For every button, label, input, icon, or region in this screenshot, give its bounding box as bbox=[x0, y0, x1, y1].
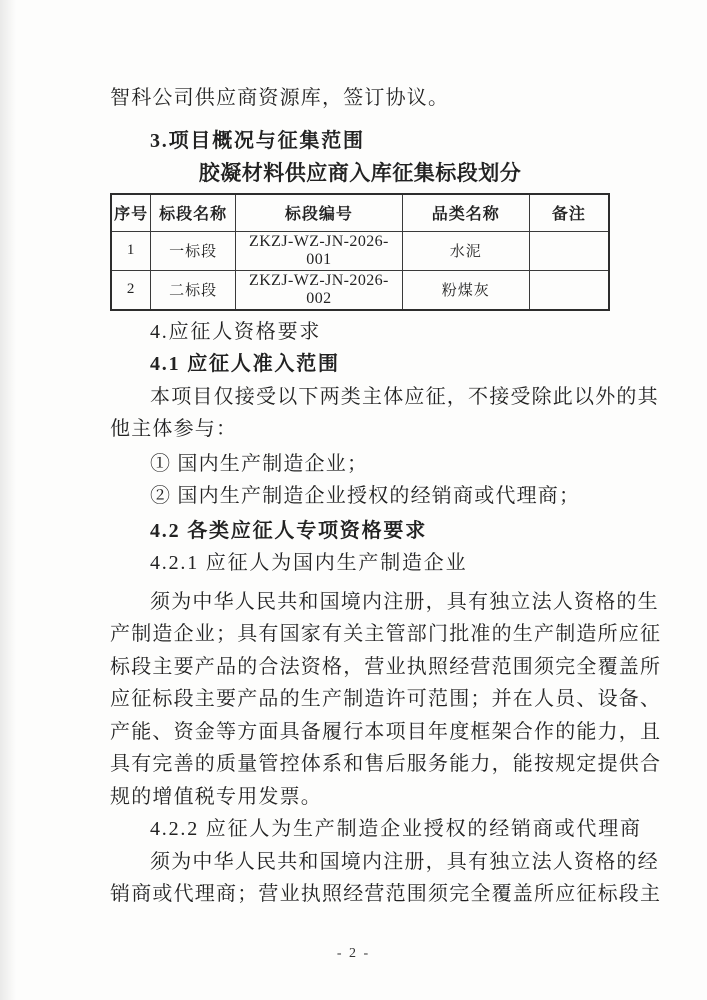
paragraph-line: 产制造企业；具有国家有关主管部门批准的生产制造所应征 bbox=[110, 618, 610, 651]
list-item: ① 国内生产制造企业； bbox=[110, 448, 610, 481]
bid-sections-table: 序号标段名称标段编号品类名称备注 1一标段ZKZJ-WZ-JN-2026-001… bbox=[110, 193, 610, 311]
section-4-1-heading: 4.1 应征人准入范围 bbox=[110, 348, 610, 381]
section-4-1-items: ① 国内生产制造企业；② 国内生产制造企业授权的经销商或代理商； bbox=[110, 448, 610, 513]
paragraph-line: 销商或代理商；营业执照经营范围须完全覆盖所应征标段主 bbox=[110, 878, 610, 911]
section-4-1-paragraph: 本项目仅接受以下两类主体应征，不接受除此以外的其他主体参与： bbox=[110, 381, 610, 446]
table-row: 2二标段ZKZJ-WZ-JN-2026-002粉煤灰 bbox=[111, 270, 609, 310]
table-cell bbox=[529, 231, 609, 270]
table-row: 1一标段ZKZJ-WZ-JN-2026-001水泥 bbox=[111, 231, 609, 270]
section-4-2-heading: 4.2 各类应征人专项资格要求 bbox=[110, 515, 610, 548]
paragraph-line: 产能、资金等方面具备履行本项目年度框架合作的能力，且 bbox=[110, 716, 610, 749]
section-4-2-1-paragraph: 须为中华人民共和国境内注册，具有独立法人资格的生产制造企业；具有国家有关主管部门… bbox=[110, 586, 610, 814]
table-cell: 二标段 bbox=[151, 270, 236, 310]
section-3-heading: 3.项目概况与征集范围 bbox=[110, 125, 610, 158]
section-4-2-2-heading: 4.2.2 应征人为生产制造企业授权的经销商或代理商 bbox=[110, 813, 610, 846]
document-page: 智科公司供应商资源库，签订协议。 3.项目概况与征集范围 胶凝材料供应商入库征集… bbox=[0, 0, 707, 1000]
table-cell: 一标段 bbox=[151, 231, 236, 270]
table-cell: 2 bbox=[111, 270, 151, 310]
table-cell: 粉煤灰 bbox=[402, 270, 529, 310]
table-header-cell: 标段编号 bbox=[235, 194, 402, 232]
table-cell bbox=[529, 270, 609, 310]
table-cell: ZKZJ-WZ-JN-2026-001 bbox=[235, 231, 402, 270]
page-number: - 2 - bbox=[0, 946, 707, 962]
paragraph-line: 他主体参与： bbox=[110, 413, 610, 446]
table-body: 1一标段ZKZJ-WZ-JN-2026-001水泥2二标段ZKZJ-WZ-JN-… bbox=[111, 231, 609, 310]
list-item: ② 国内生产制造企业授权的经销商或代理商； bbox=[110, 480, 610, 513]
table-header-row: 序号标段名称标段编号品类名称备注 bbox=[111, 194, 609, 232]
paragraph-line: 标段主要产品的合法资格，营业执照经营范围须完全覆盖所 bbox=[110, 651, 610, 684]
intro-continuation-line: 智科公司供应商资源库，签订协议。 bbox=[110, 82, 610, 115]
table-cell: 1 bbox=[111, 231, 151, 270]
table-header-cell: 品类名称 bbox=[402, 194, 529, 232]
section-4-2-1-heading: 4.2.1 应征人为国内生产制造企业 bbox=[110, 547, 610, 580]
paragraph-line: 本项目仅接受以下两类主体应征，不接受除此以外的其 bbox=[110, 381, 610, 414]
table-header-cell: 序号 bbox=[111, 194, 151, 232]
paragraph-line: 应征标段主要产品的生产制造许可范围；并在人员、设备、 bbox=[110, 683, 610, 716]
section-4-heading: 4.应征人资格要求 bbox=[110, 316, 610, 349]
document-content: 智科公司供应商资源库，签订协议。 3.项目概况与征集范围 胶凝材料供应商入库征集… bbox=[110, 0, 610, 911]
table-cell: 水泥 bbox=[402, 231, 529, 270]
paragraph-line: 须为中华人民共和国境内注册，具有独立法人资格的经 bbox=[110, 846, 610, 879]
table-header-cell: 备注 bbox=[529, 194, 609, 232]
table-title: 胶凝材料供应商入库征集标段划分 bbox=[110, 157, 610, 190]
paragraph-line: 规的增值税专用发票。 bbox=[110, 781, 610, 814]
table-header-cell: 标段名称 bbox=[151, 194, 236, 232]
paragraph-line: 须为中华人民共和国境内注册，具有独立法人资格的生 bbox=[110, 586, 610, 619]
paragraph-line: 具有完善的质量管控体系和售后服务能力，能按规定提供合 bbox=[110, 748, 610, 781]
section-4-2-2-paragraph: 须为中华人民共和国境内注册，具有独立法人资格的经销商或代理商；营业执照经营范围须… bbox=[110, 846, 610, 911]
table-cell: ZKZJ-WZ-JN-2026-002 bbox=[235, 270, 402, 310]
